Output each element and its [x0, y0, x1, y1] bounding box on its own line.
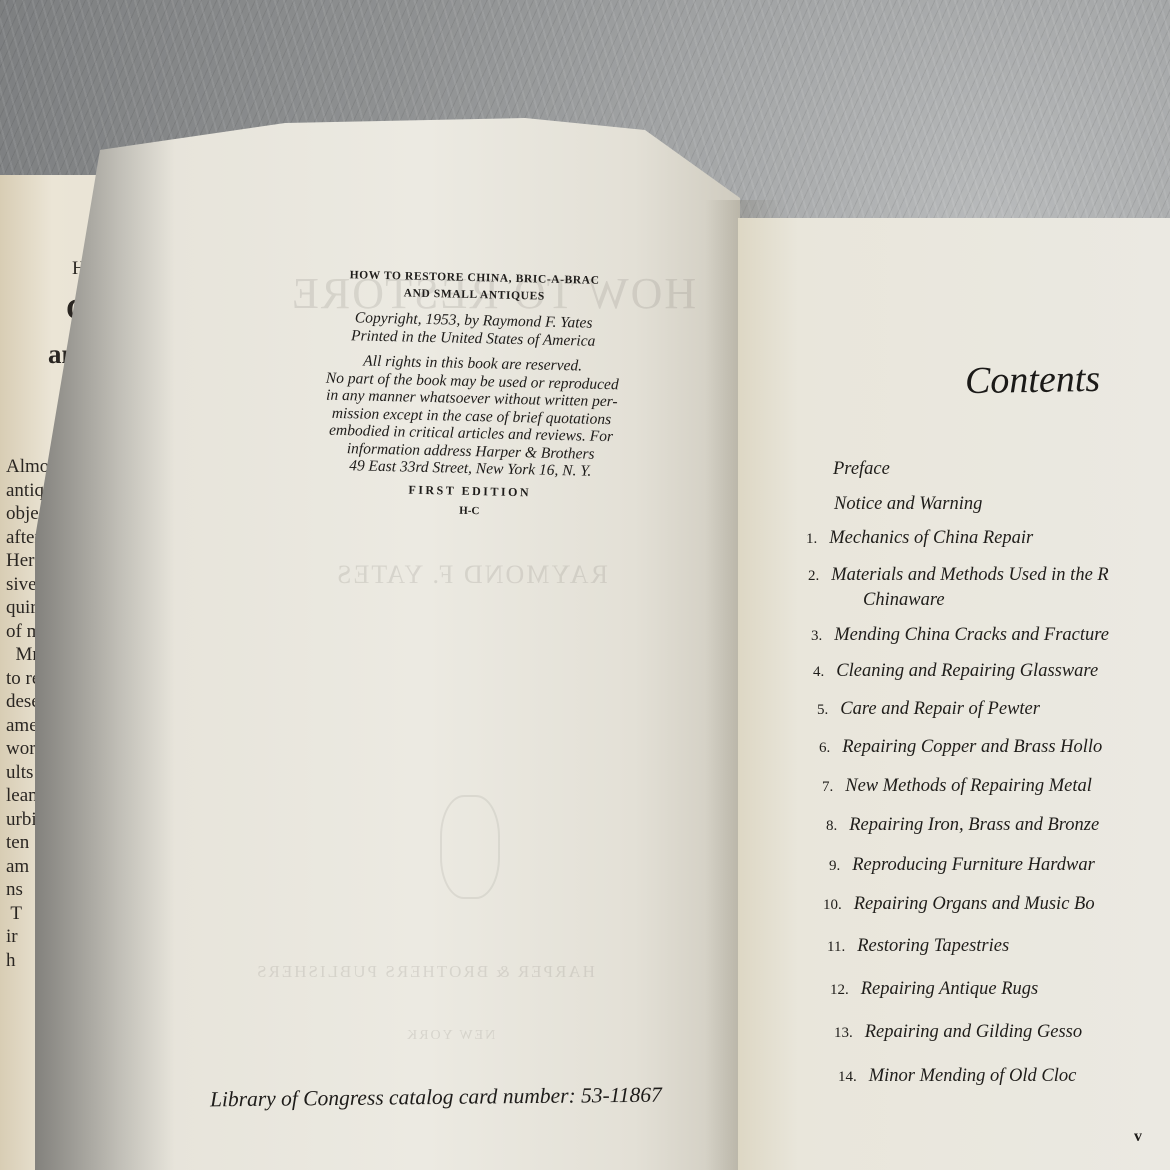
toc-number: 14.	[838, 1069, 857, 1086]
show-through-city: NEW YORK	[405, 1028, 495, 1044]
toc-number: 3.	[811, 628, 822, 645]
contents-title: Contents	[965, 357, 1101, 403]
toc-item: 2.Materials and Methods Used in the R	[808, 565, 1109, 586]
toc-item: 13.Repairing and Gilding Gesso	[834, 1022, 1082, 1043]
toc-item: 4.Cleaning and Repairing Glassware	[813, 661, 1098, 682]
toc-item: 8.Repairing Iron, Brass and Bronze	[826, 815, 1099, 836]
toc-item: 11.Restoring Tapestries	[827, 936, 1009, 957]
toc-item: 6.Repairing Copper and Brass Hollo	[819, 737, 1102, 758]
toc-item: 14.Minor Mending of Old Cloc	[838, 1066, 1076, 1087]
toc-number: 11.	[827, 939, 845, 956]
library-of-congress-line: Library of Congress catalog card number:…	[210, 1083, 662, 1113]
edition-label: FIRST EDITION	[290, 479, 650, 502]
toc-item: 9.Reproducing Furniture Hardwar	[829, 855, 1095, 876]
toc-item: 7.New Methods of Repairing Metal	[822, 776, 1092, 797]
toc-item-preface: Preface	[833, 459, 890, 480]
publisher-logo-show-through	[440, 795, 500, 899]
toc-item-continuation: Chinaware	[863, 590, 945, 611]
toc-item: 10.Repairing Organs and Music Bo	[823, 894, 1095, 915]
toc-number: 10.	[823, 897, 842, 914]
page-number: v	[1134, 1128, 1142, 1146]
toc-number: 5.	[817, 702, 828, 719]
toc-number: 2.	[808, 568, 819, 585]
toc-item: 3.Mending China Cracks and Fracture	[811, 625, 1109, 646]
copyright-block: HOW TO RESTORE CHINA, BRIC-A-BRAC AND SM…	[289, 266, 654, 521]
toc-number: 12.	[830, 982, 849, 999]
toc-number: 13.	[834, 1025, 853, 1042]
toc-item: 1.Mechanics of China Repair	[806, 528, 1033, 549]
toc-item-notice: Notice and Warning	[834, 494, 982, 515]
toc-number: 7.	[822, 779, 833, 796]
toc-number: 9.	[829, 858, 840, 875]
toc-number: 6.	[819, 740, 830, 757]
show-through-publisher: HARPER & BROTHERS PUBLISHERS	[255, 962, 595, 982]
toc-item: 12.Repairing Antique Rugs	[830, 979, 1038, 1000]
toc-number: 8.	[826, 818, 837, 835]
toc-item: 5.Care and Repair of Pewter	[817, 699, 1040, 720]
toc-number: 4.	[813, 664, 824, 681]
toc-number: 1.	[806, 531, 817, 548]
show-through-author: RAYMOND F. YATES	[335, 560, 608, 590]
